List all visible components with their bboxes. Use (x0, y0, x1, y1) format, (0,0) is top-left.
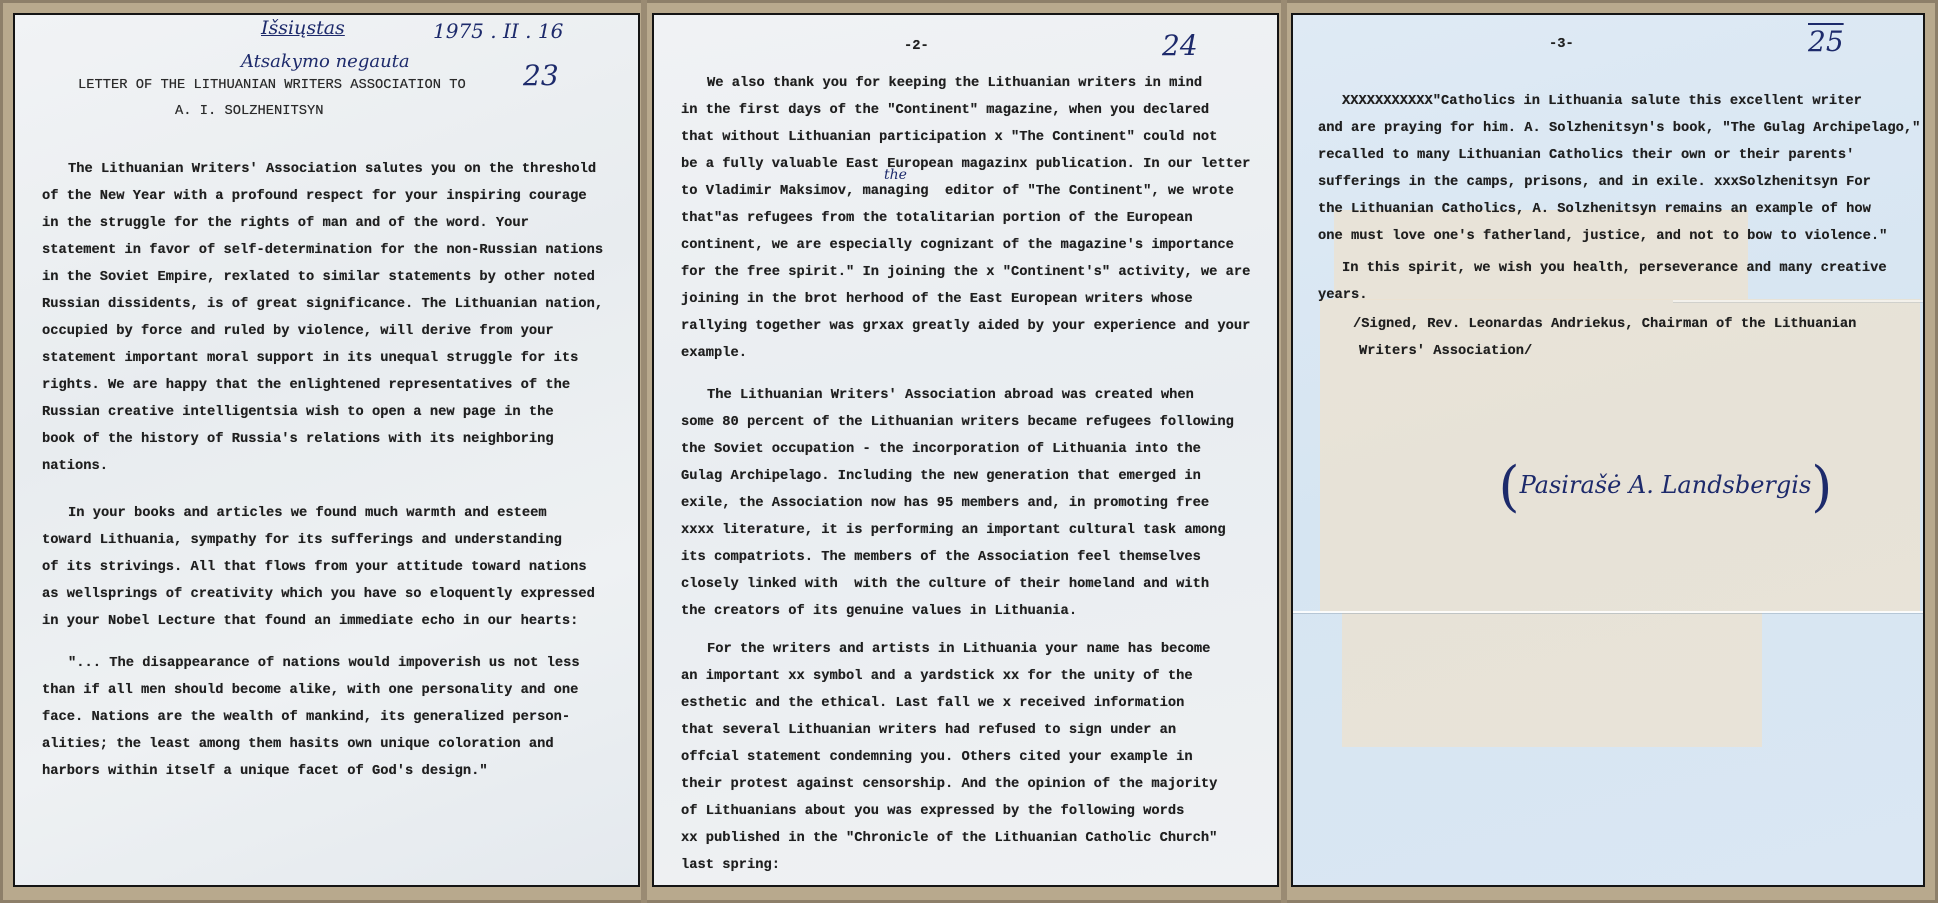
paper-fold (1293, 611, 1923, 613)
typed-line: in your Nobel Lecture that found an imme… (42, 614, 578, 630)
paper-fold (1673, 300, 1923, 302)
typed-line: its compatriots. The members of the Asso… (681, 550, 1201, 566)
handwritten-page-number: 23 (523, 59, 559, 92)
typed-line: Gulag Archipelago. Including the new gen… (681, 469, 1201, 485)
typed-line: and are praying for him. A. Solzhenitsyn… (1318, 121, 1920, 137)
typed-line: The Lithuanian Writers' Association abro… (707, 388, 1194, 404)
letter-addressee: A. I. SOLZHENITSYN (175, 104, 324, 120)
handwritten-date: 1975 . II . 16 (433, 19, 563, 43)
typed-line: in the Soviet Empire, rexlated to simila… (42, 270, 595, 286)
typed-line: of its strivings. All that flows from yo… (42, 560, 587, 576)
typed-line: alities; the least among them hasits own… (42, 737, 554, 753)
typed-line: one must love one's fatherland, justice,… (1318, 229, 1887, 245)
typed-line: esthetic and the ethical. Last fall we x… (681, 696, 1184, 712)
typed-line: years. (1318, 288, 1368, 304)
typed-page-label: -2- (904, 39, 929, 55)
typed-line: XXXXXXXXXXX"Catholics in Lithuania salut… (1342, 94, 1862, 110)
typed-line: in the struggle for the rights of man an… (42, 216, 529, 232)
typed-line: to Vladimir Maksimov, managing editor of… (681, 184, 1234, 200)
typed-line: the Soviet occupation - the incorporatio… (681, 442, 1201, 458)
typed-line: of Lithuanians about you was expressed b… (681, 804, 1184, 820)
typed-line: that"as refugees from the totalitarian p… (681, 211, 1193, 227)
typed-line: In your books and articles we found much… (68, 506, 547, 522)
typed-line: face. Nations are the wealth of mankind,… (42, 710, 570, 726)
typed-line: last spring: (681, 858, 780, 874)
page-divider (641, 0, 647, 903)
typed-line: closely linked with with the culture of … (681, 577, 1209, 593)
typed-line: Russian creative intelligentsia wish to … (42, 405, 554, 421)
typed-line: sufferings in the camps, prisons, and in… (1318, 175, 1871, 191)
typed-line: that without Lithuanian participation x … (681, 130, 1217, 146)
typed-line: occupied by force and ruled by violence,… (42, 324, 554, 340)
typed-line: an important xx symbol and a yardstick x… (681, 669, 1193, 685)
typed-line: book of the history of Russia's relation… (42, 432, 554, 448)
handwritten-page-number: 25 (1808, 25, 1844, 58)
typed-line: for the free spirit." In joining the x "… (681, 265, 1250, 281)
typed-line: the Lithuanian Catholics, A. Solzhenitsy… (1318, 202, 1871, 218)
typed-line: their protest against censorship. And th… (681, 777, 1217, 793)
typed-line: nations. (42, 459, 108, 475)
typed-line: exile, the Association now has 95 member… (681, 496, 1209, 512)
typed-line: Writers' Association/ (1359, 344, 1532, 360)
typed-line: toward Lithuania, sympathy for its suffe… (42, 533, 562, 549)
typed-line: rights. We are happy that the enlightene… (42, 378, 570, 394)
typed-line: For the writers and artists in Lithuania… (707, 642, 1210, 658)
handwritten-page-number: 24 (1162, 29, 1198, 62)
typed-line: harbors within itself a unique facet of … (42, 764, 488, 780)
paper-overlay (1342, 612, 1762, 747)
typed-line: The Lithuanian Writers' Association salu… (68, 162, 596, 178)
typed-page-label: -3- (1549, 37, 1574, 53)
handwritten-signature: (Pasirašė A. Landsbergis) (1468, 427, 1832, 546)
letter-page-2: -2- 24 the We also thank you for keeping… (652, 13, 1279, 887)
page-divider (1281, 0, 1287, 903)
typed-line: the creators of its genuine values in Li… (681, 604, 1077, 620)
typed-line: that several Lithuanian writers had refu… (681, 723, 1176, 739)
typed-line: xxxx literature, it is performing an imp… (681, 523, 1226, 539)
typed-line: xx published in the "Chronicle of the Li… (681, 831, 1217, 847)
handwritten-note-sent: Išsiųstas (261, 17, 345, 39)
typed-line: statement in favor of self-determination… (42, 243, 603, 259)
typed-line: In this spirit, we wish you health, pers… (1342, 261, 1887, 277)
paper-overlay (1334, 210, 1748, 300)
typed-line: in the first days of the "Continent" mag… (681, 103, 1209, 119)
typed-line: statement important moral support in its… (42, 351, 578, 367)
typed-line: We also thank you for keeping the Lithua… (707, 76, 1202, 92)
typed-line: Russian dissidents, is of great signific… (42, 297, 603, 313)
typed-line: /Signed, Rev. Leonardas Andriekus, Chair… (1353, 317, 1856, 333)
handwritten-note-no-reply: Atsakymo negauta (241, 51, 410, 72)
typed-line: recalled to many Lithuanian Catholics th… (1318, 148, 1854, 164)
typed-line: example. (681, 346, 747, 362)
typed-line: rallying together was grxax greatly aide… (681, 319, 1250, 335)
typed-line: as wellsprings of creativity which you h… (42, 587, 595, 603)
typed-line: of the New Year with a profound respect … (42, 189, 587, 205)
typed-line: offcial statement condemning you. Others… (681, 750, 1193, 766)
letter-page-1: Išsiųstas 1975 . II . 16 Atsakymo negaut… (13, 13, 640, 887)
letter-page-3: -3- 25 XXXXXXXXXXX"Catholics in Lithuani… (1291, 13, 1925, 887)
typed-line: some 80 percent of the Lithuanian writer… (681, 415, 1234, 431)
typed-line: be a fully valuable East European magazi… (681, 157, 1250, 173)
typed-line: "... The disappearance of nations would … (68, 656, 580, 672)
letter-title: LETTER OF THE LITHUANIAN WRITERS ASSOCIA… (78, 78, 466, 94)
typed-line: continent, we are especially cognizant o… (681, 238, 1234, 254)
signature-text: Pasirašė A. Landsbergis (1520, 471, 1812, 499)
typed-line: joining in the brot herhood of the East … (681, 292, 1193, 308)
typed-line: than if all men should become alike, wit… (42, 683, 578, 699)
